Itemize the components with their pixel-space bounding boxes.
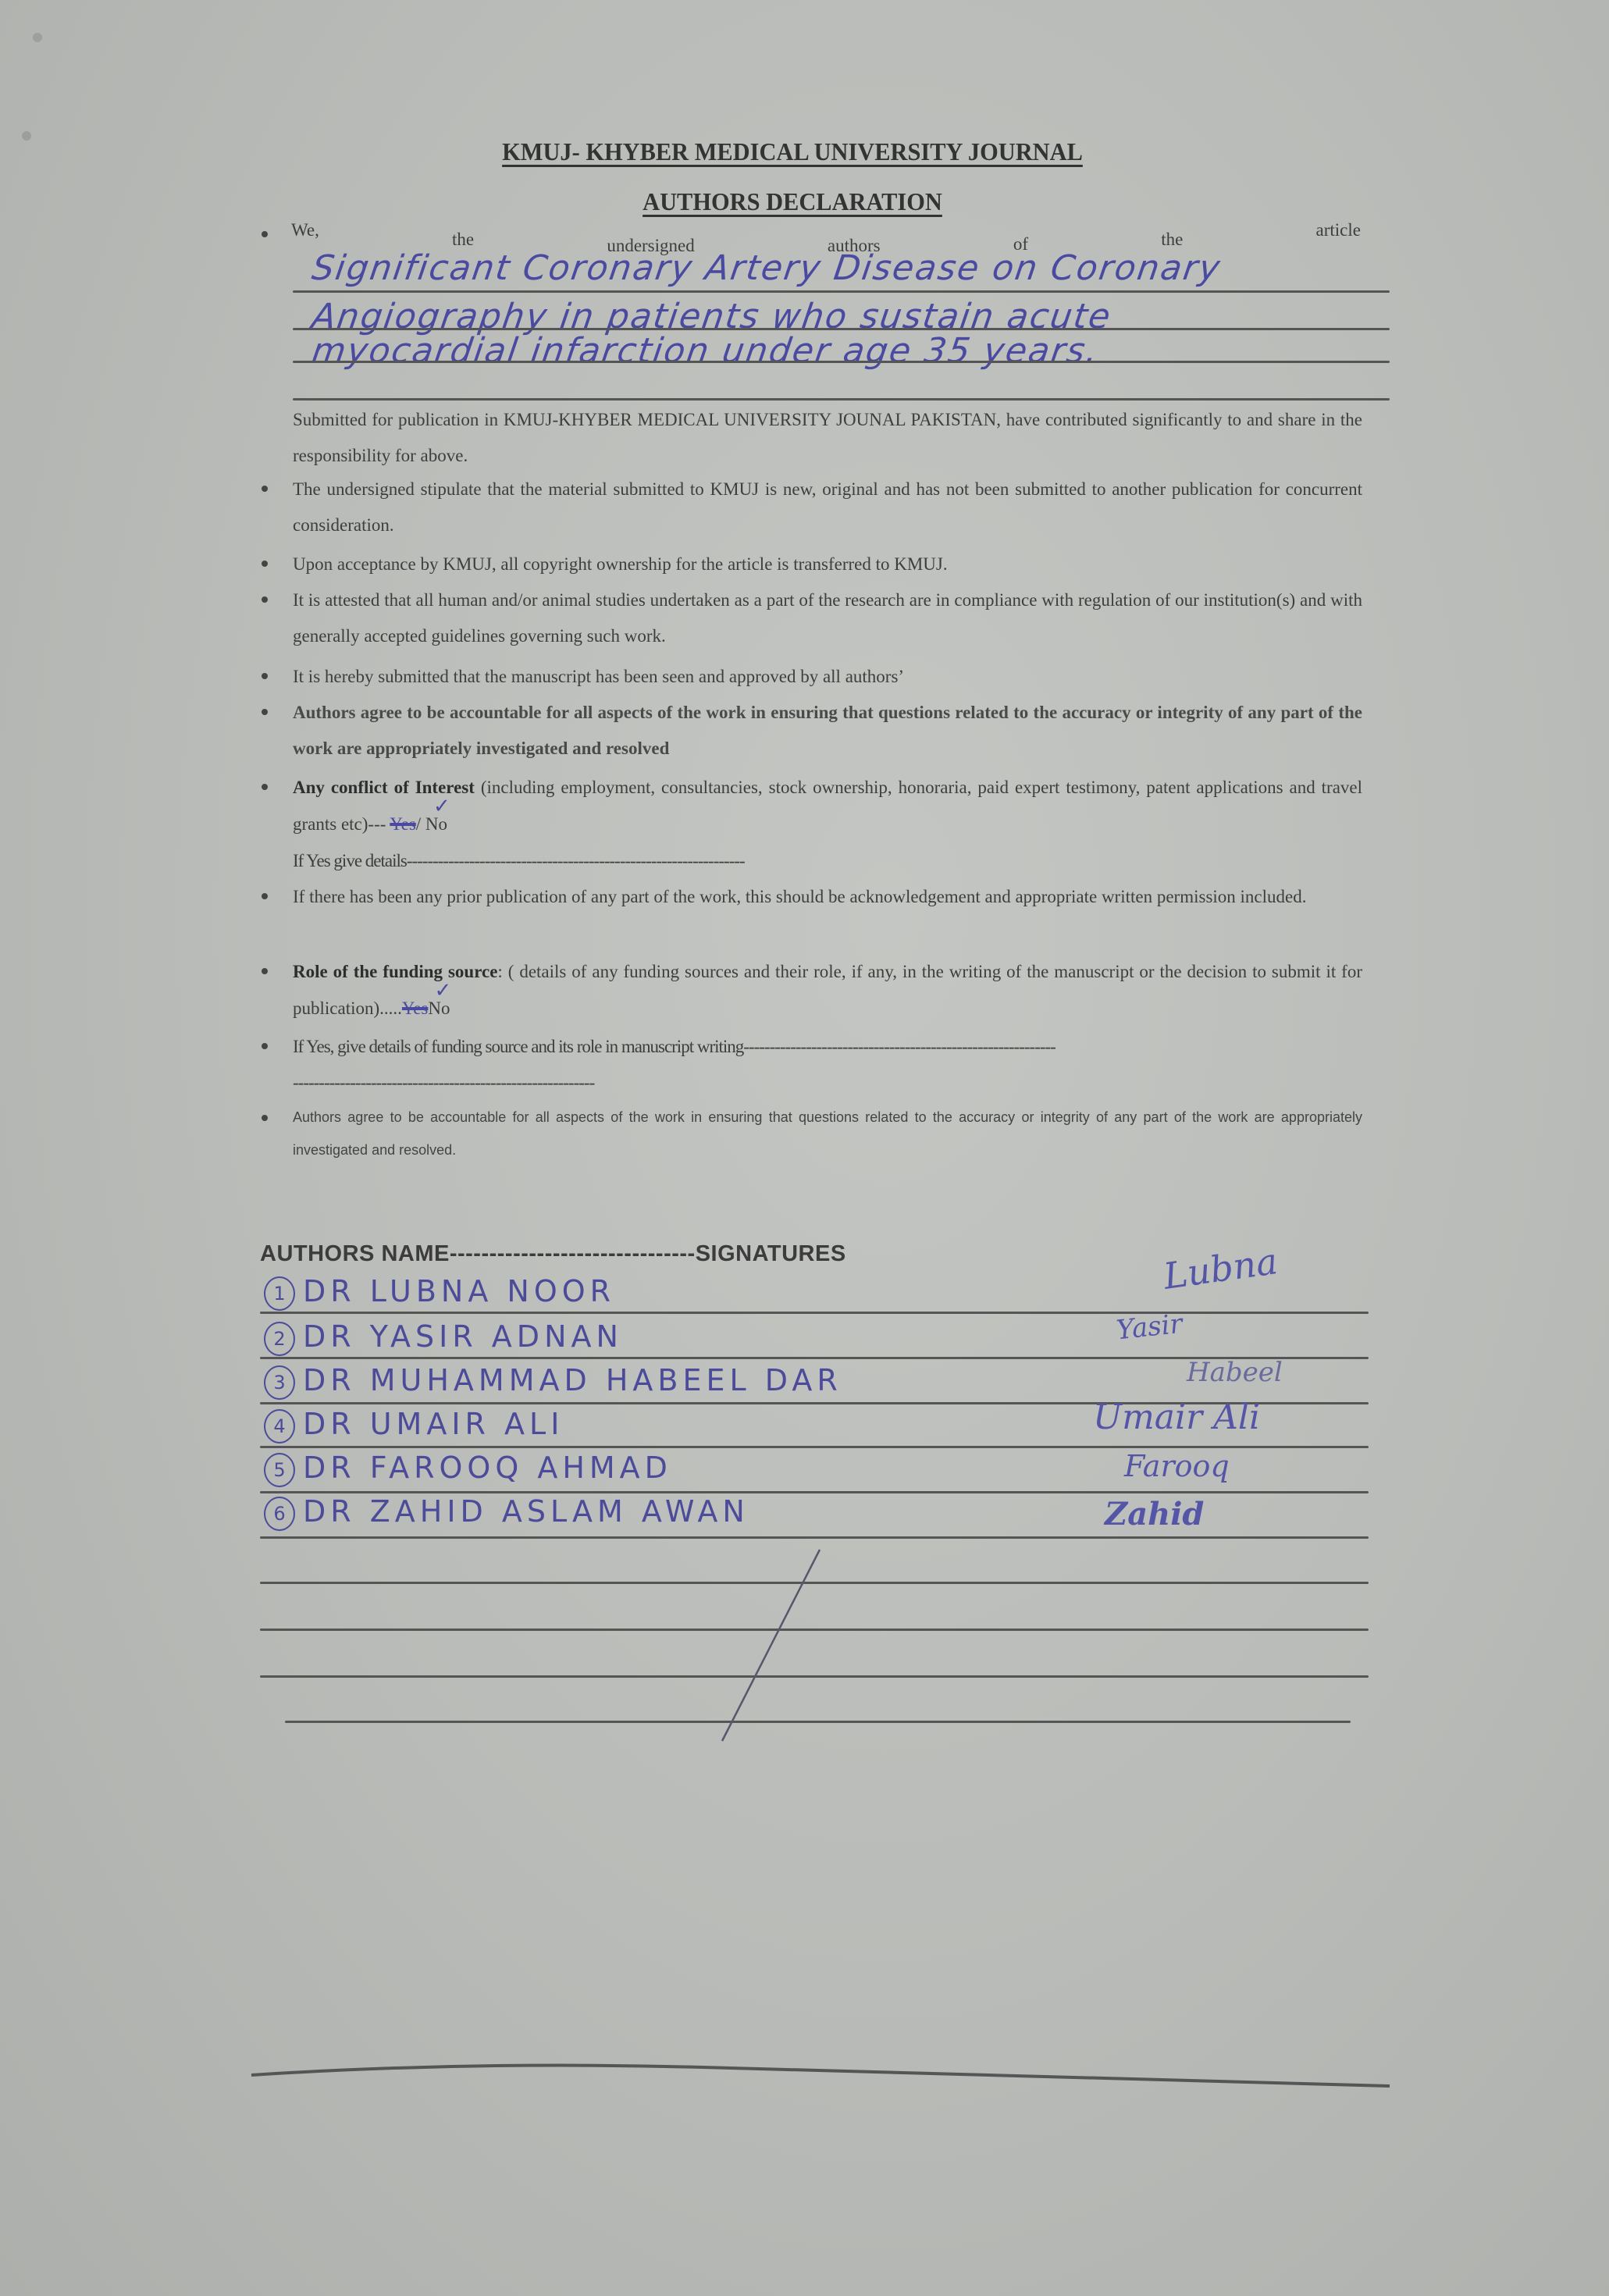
strike-through-line [0, 0, 1609, 2296]
